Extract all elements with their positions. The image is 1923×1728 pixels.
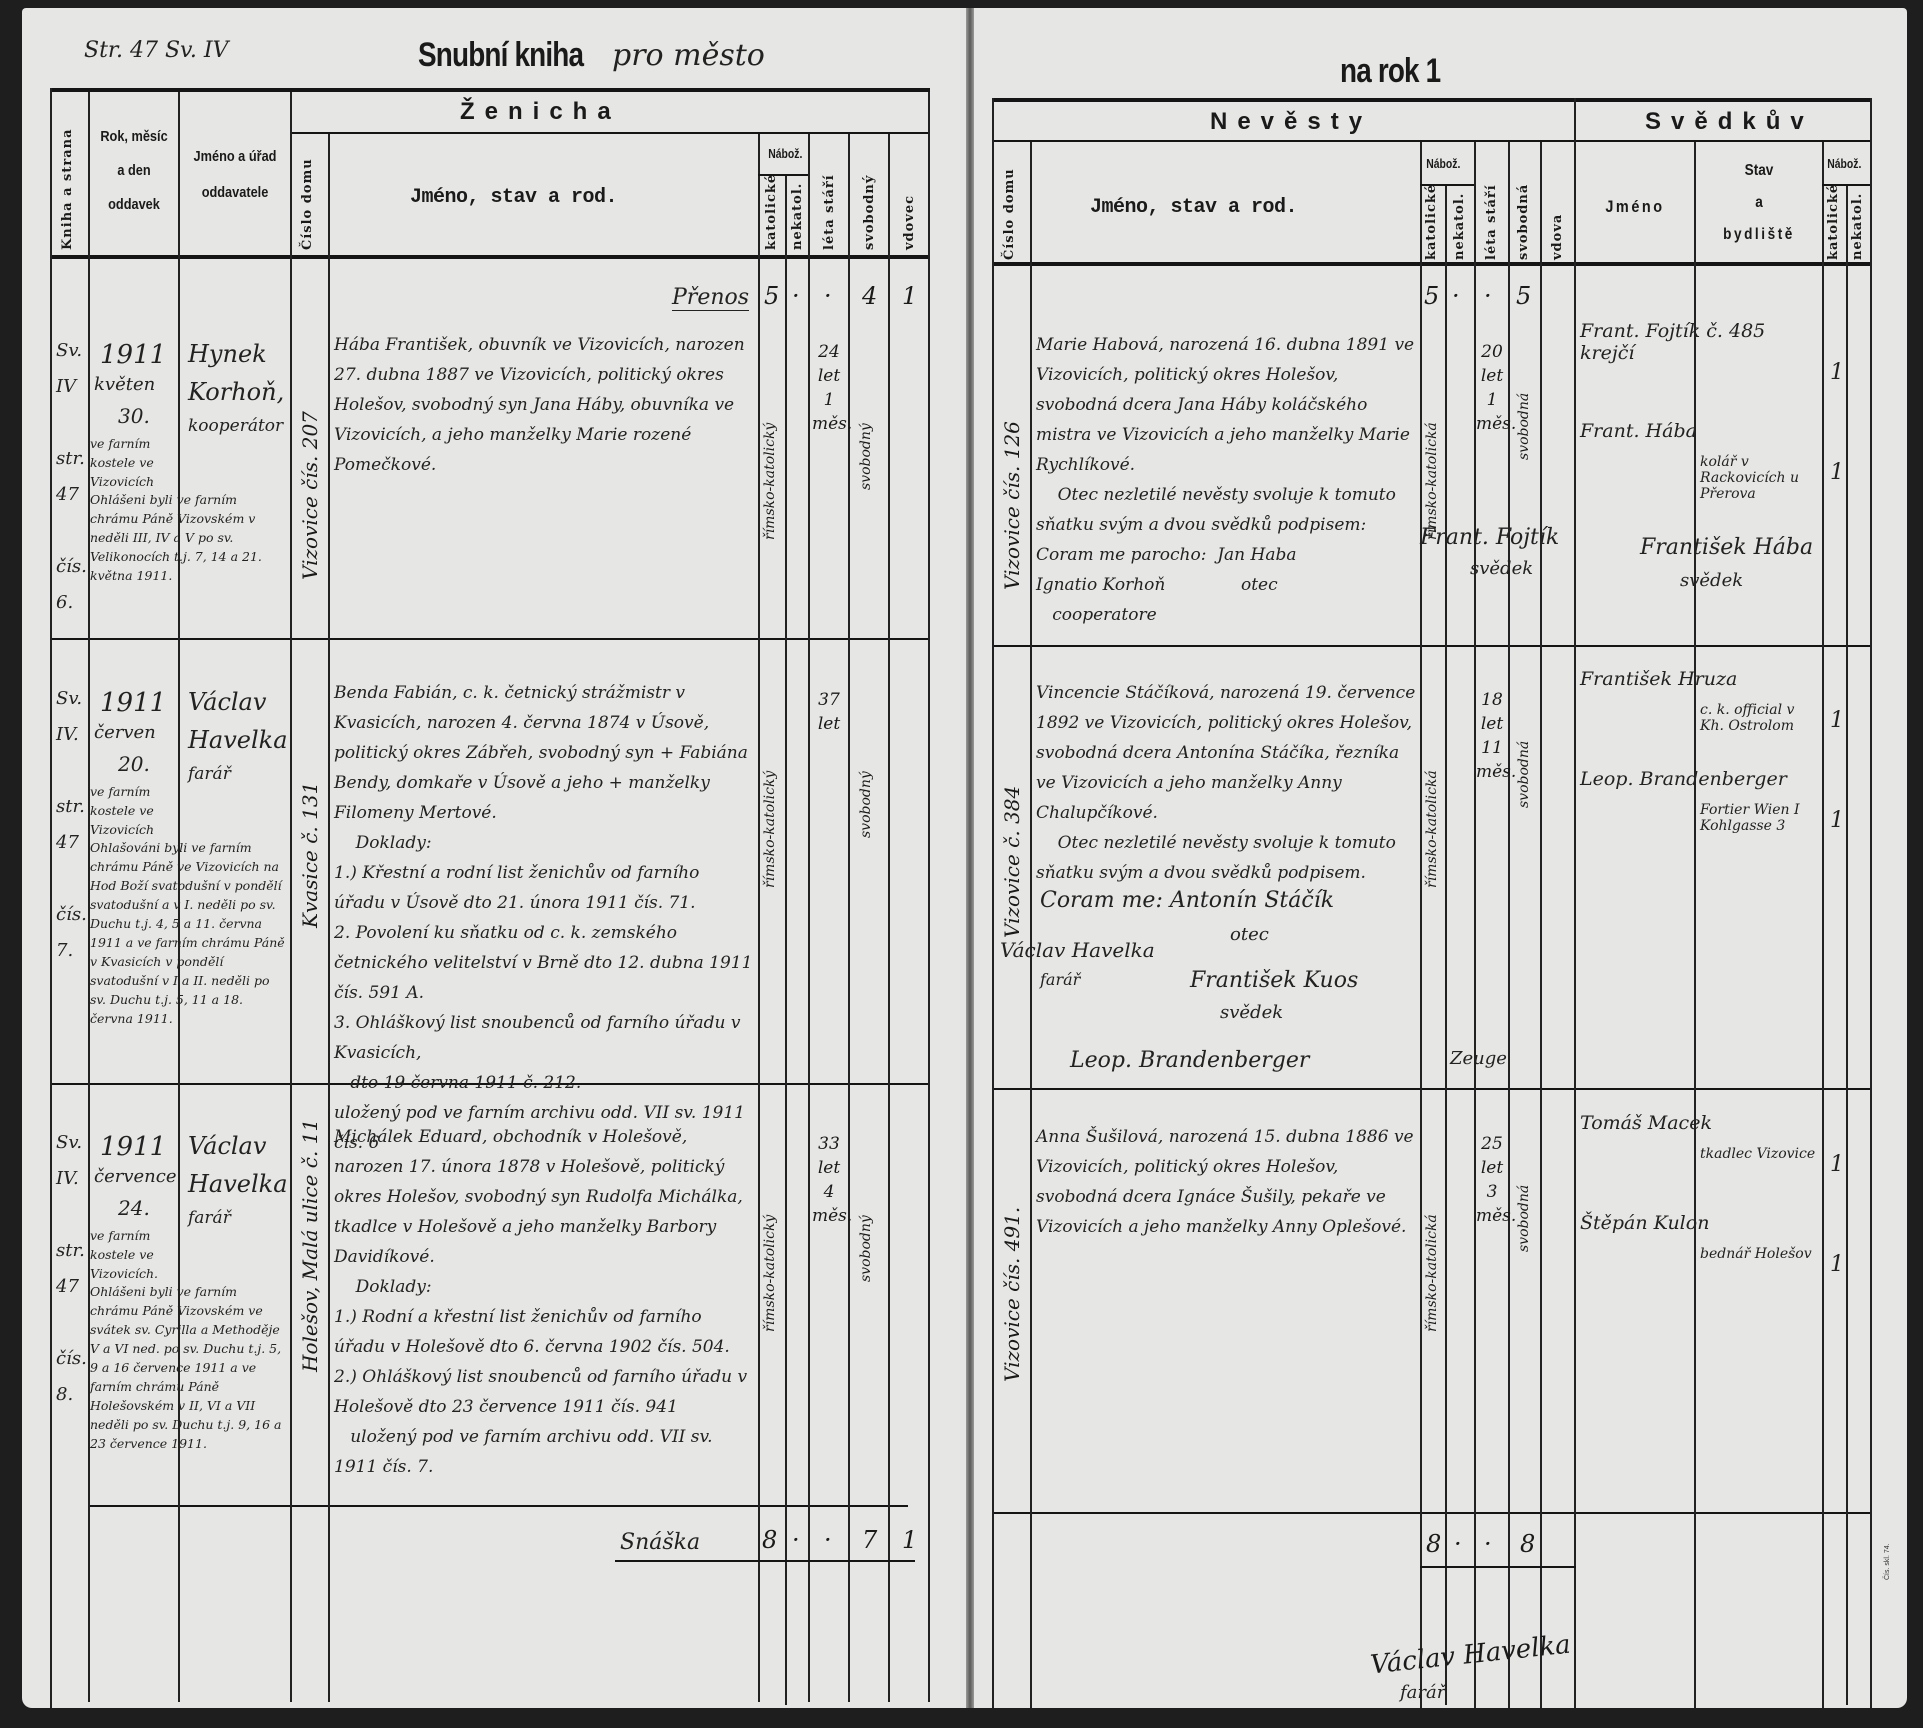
signature-line: Leop. Brandenberger (1070, 1048, 1309, 1073)
officiant-signature-role: farář (1040, 970, 1080, 989)
book-reference-part: str. (56, 448, 85, 469)
totals-groom-noncatholic: · (792, 1526, 800, 1554)
totals-bride-noncatholic: · (1454, 1530, 1462, 1558)
bride-age-part: 18 (1476, 688, 1508, 712)
bride-age-part: 20 (1476, 340, 1508, 364)
witness-catholic-mark: 1 (1830, 360, 1844, 385)
book-gutter (966, 8, 974, 1708)
officiant-name-part: farář (188, 764, 231, 784)
witness-catholic-mark: 1 (1830, 460, 1844, 485)
book-reference-part: 6. (56, 592, 73, 613)
book-reference-part: čís. (56, 904, 87, 925)
col-groom-religion: Nábož. (768, 146, 802, 161)
groom-house-number: Holešov, Malá ulice č. 11 (298, 1132, 322, 1372)
col-bride-catholic: katolické (1424, 190, 1439, 260)
officiant-signature: Václav Havelka (1000, 938, 1155, 962)
col-bride-name: Jméno, stav a rod. (1090, 196, 1297, 219)
book-reference-part: 8. (56, 1384, 73, 1405)
officiant-name-part: Havelka (188, 726, 288, 754)
carryover-bride-catholic: 5 (1424, 282, 1439, 310)
book-reference-part: 47 (56, 832, 79, 853)
officiant-name-part: Hynek (188, 340, 267, 368)
col-witness-religion: Nábož. (1827, 156, 1861, 171)
book-reference-part: čís. (56, 556, 87, 577)
bride-age-part: měs. (1476, 760, 1508, 784)
book-reference-part: IV. (56, 724, 79, 745)
groom-age-part: let (812, 364, 846, 388)
marriage-place: ve farním kostele ve Vizovicích. (90, 1226, 178, 1283)
bride-details: Anna Šušilová, narozená 15. dubna 1886 v… (1036, 1122, 1420, 1242)
marriage-day: 20. (118, 752, 150, 776)
totals-bride-single: 8 (1520, 1530, 1535, 1558)
col-groom-noncatholic: nekatol. (790, 180, 805, 250)
witness-residence: tkadlec Vizovice (1700, 1146, 1820, 1162)
totals-bride-catholic: 8 (1426, 1530, 1441, 1558)
col-bride-noncatholic: nekatol. (1452, 190, 1467, 260)
carryover-groom-widower: 1 (902, 282, 917, 310)
officiant-name-part: Korhoň, (188, 378, 284, 406)
book-reference-part: čís. (56, 1348, 87, 1369)
bride-house-number: Vizovice čís. 126 (1000, 330, 1024, 590)
bride-religion: římsko-katolická (1424, 668, 1440, 888)
col-bride-age: léta stáří (1484, 190, 1499, 260)
printer-note: Čís. skl. 74. (1884, 1440, 1891, 1580)
signature-line: otec (1230, 924, 1269, 945)
witness-catholic-mark: 1 (1830, 808, 1844, 833)
marriage-month: července (94, 1166, 177, 1187)
register-year-title: na rok 1 (1340, 52, 1440, 91)
col-bride-religion: Nábož. (1426, 156, 1460, 171)
col-bride-widow: vdova (1550, 215, 1565, 260)
col-groom-catholic: katolické (764, 180, 779, 250)
witness-residence: bednář Holešov (1700, 1246, 1820, 1262)
register-title: Snubní kniha (418, 36, 583, 75)
marriage-year: 1911 (100, 1132, 166, 1162)
marriage-day: 30. (118, 404, 150, 428)
officiant-name-part: Václav (188, 1132, 266, 1160)
book-reference-part: 7. (56, 940, 73, 961)
bride-age-part: let (1476, 364, 1508, 388)
groom-house-number: Kvasice č. 131 (298, 688, 322, 928)
witness-residence: kolář v Rackovicích u Přerova (1700, 454, 1820, 502)
witness-signature: Frant. Fojtík (1420, 525, 1559, 550)
totals-groom-single: 7 (862, 1526, 877, 1554)
col-groom-house: Číslo domu (300, 150, 315, 250)
marriage-month: květen (94, 374, 155, 395)
witness-catholic-mark: 1 (1830, 708, 1844, 733)
witness-name: Frant. Fojtík č. 485 krejčí (1580, 320, 1820, 364)
book-reference-part: IV (56, 376, 76, 397)
book-reference-part: Sv. (56, 688, 82, 709)
marriage-month: červen (94, 722, 156, 743)
carryover-groom-noncatholic: · (792, 282, 800, 310)
marriage-day: 24. (118, 1196, 150, 1220)
totals-groom-catholic: 8 (762, 1526, 777, 1554)
witness-signature-role: svědek (1680, 570, 1743, 591)
book-reference-part: str. (56, 1240, 85, 1261)
col-groom-name: Jméno, stav a rod. (410, 186, 617, 209)
carryover-groom-catholic: 5 (764, 282, 779, 310)
groom-details: Benda Fabián, c. k. četnický strážmistr … (334, 678, 754, 1158)
col-witness-name: Jméno (1585, 196, 1685, 218)
carryover-groom-age: · (824, 282, 832, 310)
signature-line: svědek (1220, 1002, 1283, 1023)
col-witness-catholic: katolické (1826, 190, 1841, 260)
groom-religion: římsko-katolický (762, 688, 778, 888)
col-officiant: Jméno a úřadoddavatele (190, 146, 280, 204)
officiant-name-part: Václav (188, 688, 266, 716)
witness-section-title: Svědkův (1645, 108, 1814, 136)
groom-house-number: Vizovice čís. 207 (298, 340, 322, 580)
witness-name: Štěpán Kulon (1580, 1212, 1820, 1234)
groom-details: Michálek Eduard, obchodník v Holešově, n… (334, 1122, 754, 1482)
groom-age-part: měs. (812, 412, 846, 436)
book-reference-part: 47 (56, 484, 79, 505)
bride-religion: římsko-katolická (1424, 1112, 1440, 1332)
col-book-page: Kniha a strana (60, 110, 75, 250)
carryover-label: Přenos (672, 285, 749, 311)
witness-residence: Fortier Wien I Kohlgasse 3 (1700, 802, 1820, 834)
page-reference: Str. 47 Sv. IV (84, 38, 228, 63)
bride-status: svobodná (1516, 340, 1532, 460)
banns-note: Ohlášeni byli ve farním chrámu Páně Vizo… (90, 490, 288, 585)
col-groom-single: svobodný (862, 180, 877, 250)
bride-section-title: Nevěsty (1210, 108, 1372, 136)
bride-age-part: 25 (1476, 1132, 1508, 1156)
bride-house-number: Vizovice čís. 491. (1000, 1122, 1024, 1382)
marriage-year: 1911 (100, 340, 166, 370)
bride-age-part: měs. (1476, 412, 1508, 436)
bride-status: svobodná (1516, 688, 1532, 808)
col-bride-house: Číslo domu (1002, 160, 1017, 260)
groom-details: Hába František, obuvník ve Vizovicích, n… (334, 330, 754, 480)
bride-age-part: let (1476, 1156, 1508, 1180)
groom-age-part: 33 (812, 1132, 846, 1156)
officiant-name-part: kooperátor (188, 416, 283, 436)
signature-line: Coram me: Antonín Stáčík (1040, 888, 1334, 913)
closing-signature-title: farář (1400, 1682, 1445, 1703)
col-bride-single: svobodná (1516, 190, 1531, 260)
carryover-bride-age: · (1484, 282, 1492, 310)
banns-note: Ohlášeni byli ve farním chrámu Páně Vizo… (90, 1282, 288, 1453)
groom-section-title: Ženicha (460, 98, 621, 126)
marriage-year: 1911 (100, 688, 166, 718)
book-reference-part: 47 (56, 1276, 79, 1297)
groom-status: svobodný (858, 360, 874, 490)
bride-details: Vincencie Stáčíková, narozená 19. červen… (1036, 678, 1420, 888)
groom-age-part: měs. (812, 1204, 846, 1228)
bride-age-part: 3 (1476, 1180, 1508, 1204)
signature-line: František Kuos (1190, 968, 1358, 993)
groom-age-part: 4 (812, 1180, 846, 1204)
witness-signature-role: svědek (1470, 558, 1533, 579)
totals-groom-age: · (824, 1526, 832, 1554)
carryover-groom-single: 4 (862, 282, 877, 310)
col-groom-widower: vdovec (902, 200, 917, 250)
bride-age-part: 11 (1476, 736, 1508, 760)
witness-catholic-mark: 1 (1830, 1152, 1844, 1177)
witness-name: Tomáš Macek (1580, 1112, 1820, 1134)
witness-name: Frant. Hába (1580, 420, 1820, 442)
bride-age-part: 1 (1476, 388, 1508, 412)
witness-name: František Hruza (1580, 668, 1820, 690)
carryover-bride-single: 5 (1516, 282, 1531, 310)
totals-label: Snáška (620, 1530, 700, 1555)
book-reference-part: Sv. (56, 340, 82, 361)
groom-age-part: let (812, 1156, 846, 1180)
bride-age-part: měs. (1476, 1204, 1508, 1228)
groom-age-part: 24 (812, 340, 846, 364)
totals-bride-age: · (1484, 1530, 1492, 1558)
col-witness-status: Stavabydliště (1705, 160, 1812, 246)
groom-status: svobodný (858, 1152, 874, 1282)
banns-note: Ohlašováni byli ve farním chrámu Páně ve… (90, 838, 288, 1028)
bride-house-number: Vizovice č. 384 (1000, 678, 1024, 938)
bride-details: Marie Habová, narozená 16. dubna 1891 ve… (1036, 330, 1420, 630)
marriage-place: ve farním kostele ve Vizovicích (90, 434, 178, 491)
book-reference-part: IV. (56, 1168, 79, 1189)
marriage-place: ve farním kostele ve Vizovicích (90, 782, 178, 839)
officiant-name-part: farář (188, 1208, 231, 1228)
groom-age-part: 37 (812, 688, 846, 712)
groom-age-part: let (812, 712, 846, 736)
groom-religion: římsko-katolický (762, 1132, 778, 1332)
col-witness-noncatholic: nekatol. (1850, 190, 1865, 260)
book-reference-part: Sv. (56, 1132, 82, 1153)
witness-signature: František Hába (1640, 535, 1813, 560)
groom-status: svobodný (858, 708, 874, 838)
groom-religion: římsko-katolický (762, 340, 778, 540)
witness-residence: c. k. official v Kh. Ostrolom (1700, 702, 1820, 734)
col-groom-age: léta stáří (822, 180, 837, 250)
signature-line: Zeuge (1450, 1048, 1507, 1069)
bride-status: svobodná (1516, 1132, 1532, 1252)
col-date: Rok, měsíca denoddavek (98, 126, 169, 216)
register-title-handwritten: pro město (612, 38, 765, 73)
bride-age-part: let (1476, 712, 1508, 736)
totals-groom-widower: 1 (902, 1526, 917, 1554)
officiant-name-part: Havelka (188, 1170, 288, 1198)
witness-catholic-mark: 1 (1830, 1252, 1844, 1277)
bride-religion: římsko-katolická (1424, 320, 1440, 540)
carryover-bride-noncatholic: · (1452, 282, 1460, 310)
book-reference-part: str. (56, 796, 85, 817)
groom-age-part: 1 (812, 388, 846, 412)
witness-name: Leop. Brandenberger (1580, 768, 1820, 790)
